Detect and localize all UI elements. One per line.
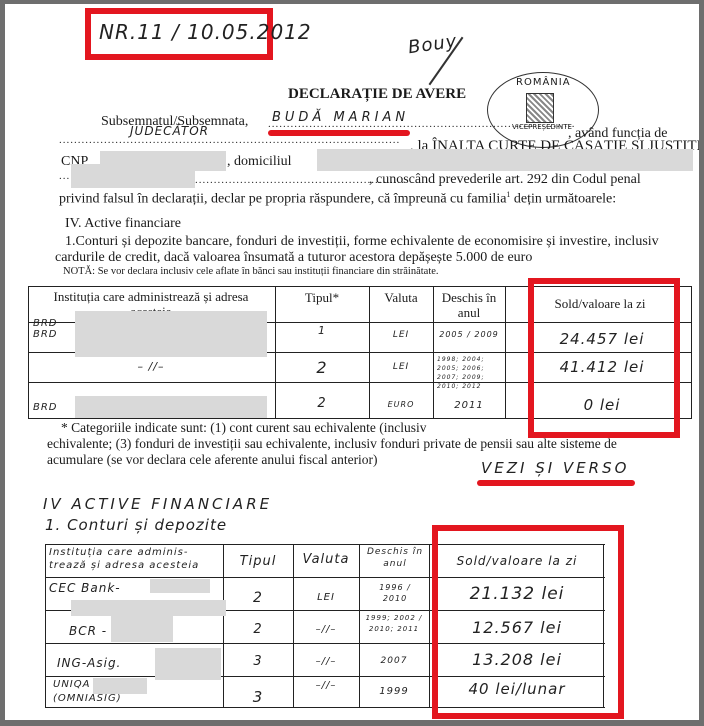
col-header-currency: Valuta [371,290,431,306]
hw-row-2-institution: BCR - [69,624,107,638]
col-header-type: Tipul* [277,290,367,306]
see-verso-note: VEZI ȘI VERSO [481,459,629,477]
col-header-opened: Deschis în anul [435,290,503,320]
statement-line-2: privind falsul în declarații, declar pe … [59,190,616,208]
highlight-underline-see-verso [477,480,635,486]
section-heading: IV. Active financiare [65,216,181,232]
handwritten-section-subheading: 1. Conturi și depozite [45,516,227,534]
section-subheading-1: 1.Conturi și depozite bancare, fonduri d… [65,234,659,250]
hw-row-3-type: 3 [225,654,291,669]
table-row-2-currency: LEI [371,362,431,372]
hw-row-3-institution: ING-Asig. [57,656,121,670]
section-subheading-2: cardurile de credit, dacă valoarea însum… [55,250,532,266]
hw-row-2-currency: –//– [295,624,357,635]
hw-col-header-institution: Instituția care adminis-trează și adresa… [49,546,219,572]
hw-row-4-opened: 1999 [363,686,425,697]
table-row-1-type: 1 [277,324,367,337]
redacted-address [75,396,267,418]
redacted-address [155,648,221,680]
table-row-1-currency: LEI [371,330,431,340]
footnote-line-1: * Categoriile indicate sunt: (1) cont cu… [61,420,584,436]
hw-col-header-currency: Valuta [295,552,357,567]
hw-row-4-currency: –//– [295,680,357,691]
highlight-box-printed-balances [528,278,680,438]
hw-row-1-currency: LEI [295,592,357,603]
table-row-3-currency: EURO [371,400,431,409]
redacted-address [75,311,267,357]
section-note: NOTĂ: Se vor declara inclusiv cele aflat… [63,266,439,277]
redacted-address [111,614,173,642]
table-row-2-opened: 1998; 2004; 2005; 2006; 2007; 2009; 2010… [437,355,503,391]
hw-row-1-type: 2 [225,590,291,606]
declarant-function: JUDECĂTOR [130,124,209,138]
table-row-1-opened: 2005 / 2009 [435,330,503,339]
table-row-2-institution: – //– [33,360,269,373]
registration-number: NR.11 / 10.05.2012 [99,20,312,44]
footnote-line-3: acumulare (se vor declara cele aferente … [47,452,378,468]
highlight-box-handwritten-balances [432,525,624,719]
declarant-name: BUDĂ MARIAN [272,110,409,125]
hw-row-2-opened: 1999; 2002 / 2010; 2011 [363,613,425,635]
table-row-3-institution: BRD [33,402,58,413]
table-row-2-type: 2 [277,358,367,377]
handwritten-section-heading: IV ACTIVE FINANCIARE [43,495,272,513]
hw-row-2-type: 2 [225,622,291,637]
statement-text-end: dețin următoarele: [510,192,616,207]
footnote-line-2: echivalente; (3) fonduri de investiții s… [47,436,617,452]
hw-row-1-opened: 1996 / 2010 [367,582,423,604]
dotted-fill: ........................................… [59,134,400,146]
hw-row-1-institution: CEC Bank- [49,581,121,595]
table-row-3-type: 2 [277,396,367,411]
hw-row-3-currency: –//– [295,656,357,667]
table-row-1-institution: BRDBRD [33,318,58,340]
hw-row-4-type: 3 [225,688,291,706]
table-row-3-opened: 2011 [435,400,503,411]
hw-col-header-opened: Deschis în anul [363,546,427,570]
dotted-fill: ... [59,170,70,182]
redacted-address [93,678,147,694]
hw-col-header-type: Tipul [225,554,291,569]
stamp-country: ROMÂNIA [516,77,571,88]
page-title: DECLARAȚIE DE AVERE [288,86,466,103]
domicile-label: , domiciliul [227,154,292,170]
statement-text: privind falsul în declarații, declar pe … [59,192,506,207]
redacted-address [150,579,210,593]
redacted-domicile-2 [71,164,195,188]
scanned-page: NR.11 / 10.05.2012 Bouy DECLARAȚIE DE AV… [5,4,699,720]
redacted-domicile [317,149,693,171]
statement-line-1: , cunoscând prevederile art. 292 din Cod… [369,172,641,188]
hw-row-3-opened: 2007 [363,656,425,666]
